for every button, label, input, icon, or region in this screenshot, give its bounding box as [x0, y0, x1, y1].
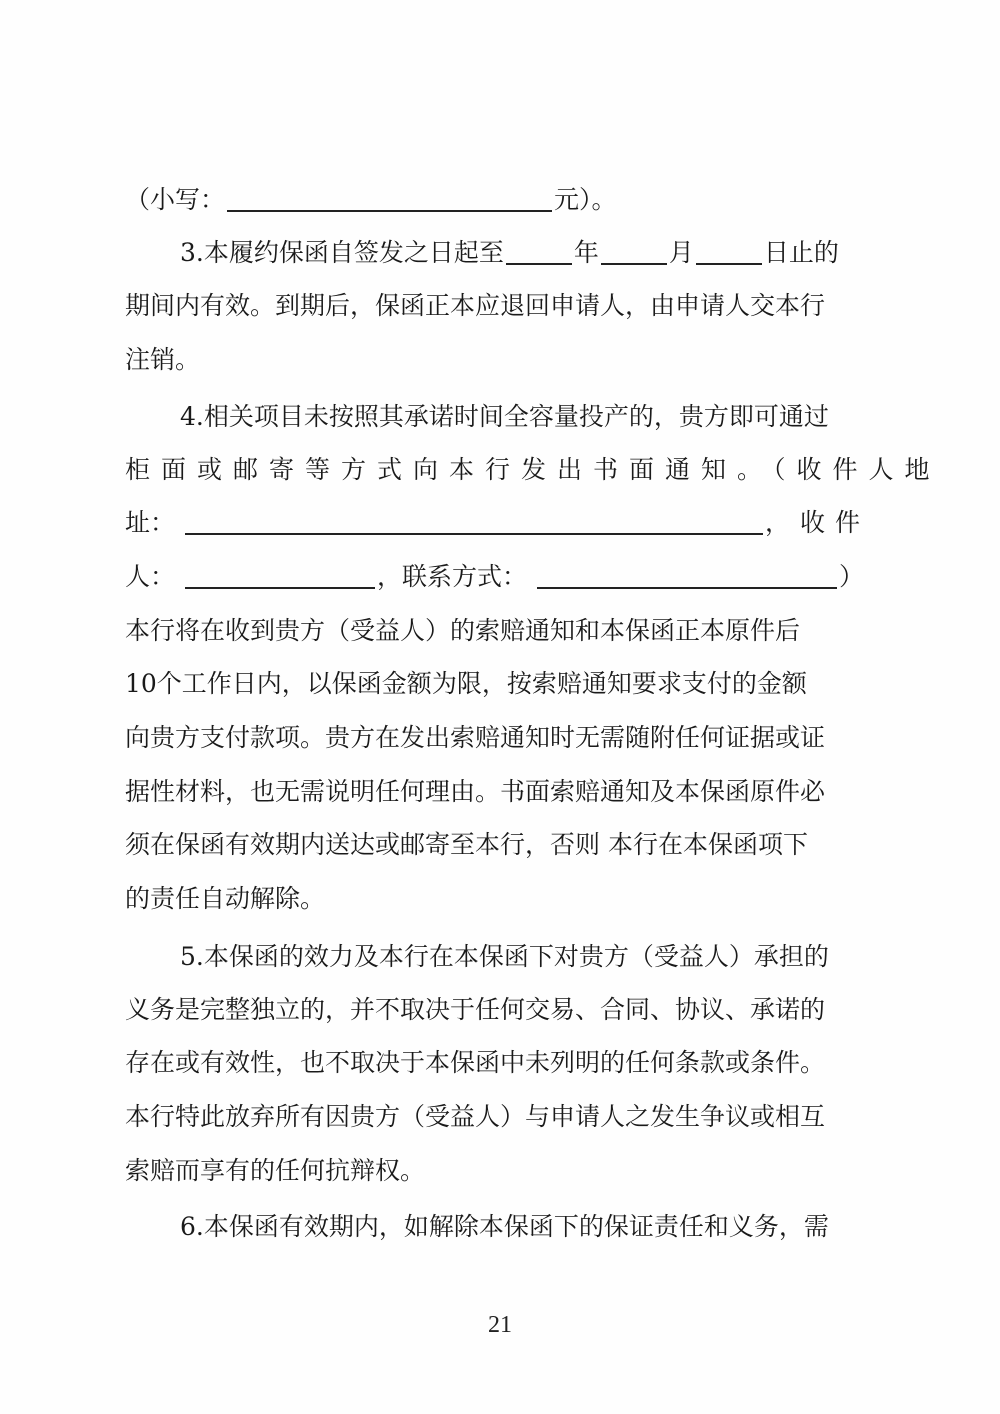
text-fragment: 存在或有效性，也不取决于本保函中未列明的任何条款或条件。 — [125, 1043, 825, 1083]
text-line-recipient: 人： ，联系方式： ） — [125, 557, 870, 597]
text-fragment: 期间内有效。到期后，保函正本应退回申请人，由申请人交本行 — [125, 286, 825, 326]
text-fragment: 的责任自动解除。 — [125, 879, 325, 919]
text-fragment: 据性材料，也无需说明任何理由。书面索赔通知及本保函原件必 — [125, 772, 825, 812]
text-line: 据性材料，也无需说明任何理由。书面索赔通知及本保函原件必 — [125, 772, 870, 812]
text-fragment: 注销。 — [125, 340, 200, 380]
text-fragment: 本行特此放弃所有因贵方（受益人）与申请人之发生争议或相互 — [125, 1097, 825, 1137]
text-fragment: 月 — [669, 233, 694, 273]
text-line: 本行特此放弃所有因贵方（受益人）与申请人之发生争议或相互 — [125, 1097, 870, 1137]
text-line: 注销。 — [125, 340, 870, 380]
text-fragment: ，收件 — [765, 503, 870, 543]
text-fragment: 址： — [125, 503, 175, 543]
text-line: 5.本保函的效力及本行在本保函下对贵方（受益人）承担的 — [180, 937, 870, 977]
text-line: 柜面或邮寄等方式向本行发出书面通知。（收件人地 — [125, 450, 870, 490]
blank-field-amount — [227, 188, 552, 212]
text-fragment: 日止的 — [764, 233, 839, 273]
text-fragment: 4.相关项目未按照其承诺时间全容量投产的，贵方即可通过 — [180, 397, 829, 437]
text-fragment: ） — [839, 557, 864, 597]
text-line: 10个工作日内，以保函金额为限，按索赔通知要求支付的金额 — [125, 664, 870, 704]
blank-field-contact — [537, 565, 837, 589]
text-fragment: 柜面或邮寄等方式向本行发出书面通知。（收件人地 — [125, 450, 941, 490]
text-line: 本行将在收到贵方（受益人）的索赔通知和本保函正本原件后 — [125, 611, 870, 651]
blank-field-year — [506, 241, 572, 265]
blank-field-recipient-address — [185, 511, 763, 535]
text-line: 向贵方支付款项。贵方在发出索赔通知时无需随附任何证据或证 — [125, 718, 870, 758]
text-fragment: 人： — [125, 557, 175, 597]
blank-field-day — [696, 241, 762, 265]
text-line: 存在或有效性，也不取决于本保函中未列明的任何条款或条件。 — [125, 1043, 870, 1083]
text-line: 4.相关项目未按照其承诺时间全容量投产的，贵方即可通过 — [180, 397, 870, 437]
text-fragment: （小写： — [125, 180, 225, 220]
text-fragment: 6.本保函有效期内，如解除本保函下的保证责任和义务，需 — [180, 1207, 829, 1247]
text-line: 期间内有效。到期后，保函正本应退回申请人，由申请人交本行 — [125, 286, 870, 326]
text-line: 索赔而享有的任何抗辩权。 — [125, 1151, 870, 1191]
text-fragment: 本行将在收到贵方（受益人）的索赔通知和本保函正本原件后 — [125, 611, 800, 651]
text-line-validity: 3.本履约保函自签发之日起至 年 月 日止的 — [180, 233, 870, 273]
text-line: 的责任自动解除。 — [125, 879, 870, 919]
text-fragment: 须在保函有效期内送达或邮寄至本行，否则 本行在本保函项下 — [125, 825, 808, 865]
text-fragment: 向贵方支付款项。贵方在发出索赔通知时无需随附任何证据或证 — [125, 718, 825, 758]
page-number: 21 — [0, 1312, 1000, 1339]
document-page: （小写： 元）。 3.本履约保函自签发之日起至 年 月 日止的 期间内有效。到期… — [0, 0, 1000, 1414]
text-line: 6.本保函有效期内，如解除本保函下的保证责任和义务，需 — [180, 1207, 870, 1247]
blank-field-month — [601, 241, 667, 265]
text-line-address: 址： ，收件 — [125, 503, 870, 543]
text-fragment: 年 — [574, 233, 599, 273]
text-fragment: 10个工作日内，以保函金额为限，按索赔通知要求支付的金额 — [125, 664, 807, 704]
text-line: 义务是完整独立的，并不取决于任何交易、合同、协议、承诺的 — [125, 990, 870, 1030]
text-fragment: ，联系方式： — [377, 557, 527, 597]
text-fragment: 索赔而享有的任何抗辩权。 — [125, 1151, 425, 1191]
text-fragment: 5.本保函的效力及本行在本保函下对贵方（受益人）承担的 — [180, 937, 829, 977]
text-line: 须在保函有效期内送达或邮寄至本行，否则 本行在本保函项下 — [125, 825, 870, 865]
text-fragment: 3.本履约保函自签发之日起至 — [180, 233, 504, 273]
text-fragment: 义务是完整独立的，并不取决于任何交易、合同、协议、承诺的 — [125, 990, 825, 1030]
text-fragment: 元）。 — [554, 180, 617, 220]
blank-field-recipient-name — [185, 565, 375, 589]
text-line-small-amount: （小写： 元）。 — [125, 180, 870, 220]
